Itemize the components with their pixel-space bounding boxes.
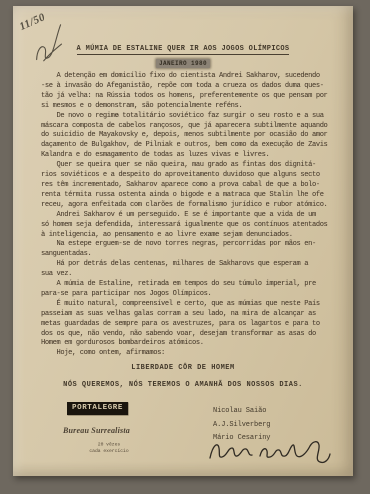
- body-line: metas guardadas de sempre para os avestr…: [41, 320, 341, 330]
- body-line: res têm incrementado, Sakharov aparece c…: [41, 181, 341, 191]
- document-page: 11/50 A MÚMIA DE ESTALINE QUER IR AOS JO…: [13, 6, 353, 476]
- body-line: do suicídio de Mayakovsky e, depois, men…: [41, 131, 341, 141]
- body-line: renta térmita russa ostenta ainda o bigo…: [41, 191, 341, 201]
- body-line: máscara composta de cabelos rançosos, qu…: [41, 122, 341, 132]
- body-line: só homem seja defendida, interessará igu…: [41, 221, 341, 231]
- small-print-line: cada exercício: [66, 448, 152, 454]
- body-line: dos os que, não vendo, não sabendo voar,…: [41, 330, 341, 340]
- body-line: Andrei Sakharov é um perseguido. E se é …: [41, 211, 341, 221]
- body-line: Kalandra e do esmagamento de todas as lu…: [41, 151, 341, 161]
- body-line: passeiam as suas velhas galas corram a s…: [41, 310, 341, 320]
- signatory-name: A.J.Silverberg: [213, 419, 270, 433]
- body-line: tão já velha: na Rússia todos os homens,…: [41, 92, 341, 102]
- body-line: Homem em gordurosos bombardeiros atómico…: [41, 339, 341, 349]
- body-line: sanguentadas.: [41, 250, 341, 260]
- body-line: daçamento de Bulgakhov, de Pilniak e out…: [41, 141, 341, 151]
- edition-number-handwritten: 11/50: [18, 11, 48, 33]
- portalegre-stamp: PORTALEGRE: [67, 402, 128, 415]
- slogan-line-2: NÓS QUEREMOS, NÓS TEREMOS O AMANHÃ DOS N…: [13, 381, 353, 389]
- body-line: si mesmos e o demonstram, são potencialm…: [41, 102, 341, 112]
- body-line: à inteligencia, ao pensamento e ao livre…: [41, 231, 341, 241]
- body-line: De novo o regime totalitário soviético f…: [41, 112, 341, 122]
- photo-background: 11/50 A MÚMIA DE ESTALINE QUER IR AOS JO…: [0, 0, 370, 494]
- body-line: A múmia de Estaline, retirada em tempos …: [41, 280, 341, 290]
- body-line: A detenção em domicílio fixo do cientist…: [41, 72, 341, 82]
- body-line: Há por detrás delas centenas, milhares d…: [41, 260, 341, 270]
- body-line: receu, agora enfeitada com clarões de fo…: [41, 201, 341, 211]
- body-text: A detenção em domicílio fixo do cientist…: [41, 72, 341, 359]
- body-line: É muito natural, compreensível e certo, …: [41, 300, 341, 310]
- handwritten-signature: [206, 432, 334, 468]
- bureau-surrealista-label: Bureau Surrealista: [63, 426, 130, 435]
- body-line: para-se para participar nos Jogos Olímpi…: [41, 290, 341, 300]
- body-line: Quer se queira quer se não queira, mau g…: [41, 161, 341, 171]
- body-line: sua vez.: [41, 270, 341, 280]
- small-print: 20 vêzes cada exercício: [66, 442, 152, 454]
- date-row: JANEIRO 1980: [13, 52, 353, 70]
- body-line: rios soviéticos e a despeito do aproveit…: [41, 171, 341, 181]
- body-line: -se à invasão do Afeganistão, repõe com …: [41, 82, 341, 92]
- signatory-name: Nicolau Saião: [213, 405, 270, 419]
- body-line: Hoje, como ontem, afirmamos:: [41, 349, 341, 359]
- body-line: Na estepe erguem-se de novo torres negra…: [41, 240, 341, 250]
- date-stamp: JANEIRO 1980: [156, 59, 210, 68]
- slogan-line-1: LIBERDADE CÔR DE HOMEM: [13, 364, 353, 372]
